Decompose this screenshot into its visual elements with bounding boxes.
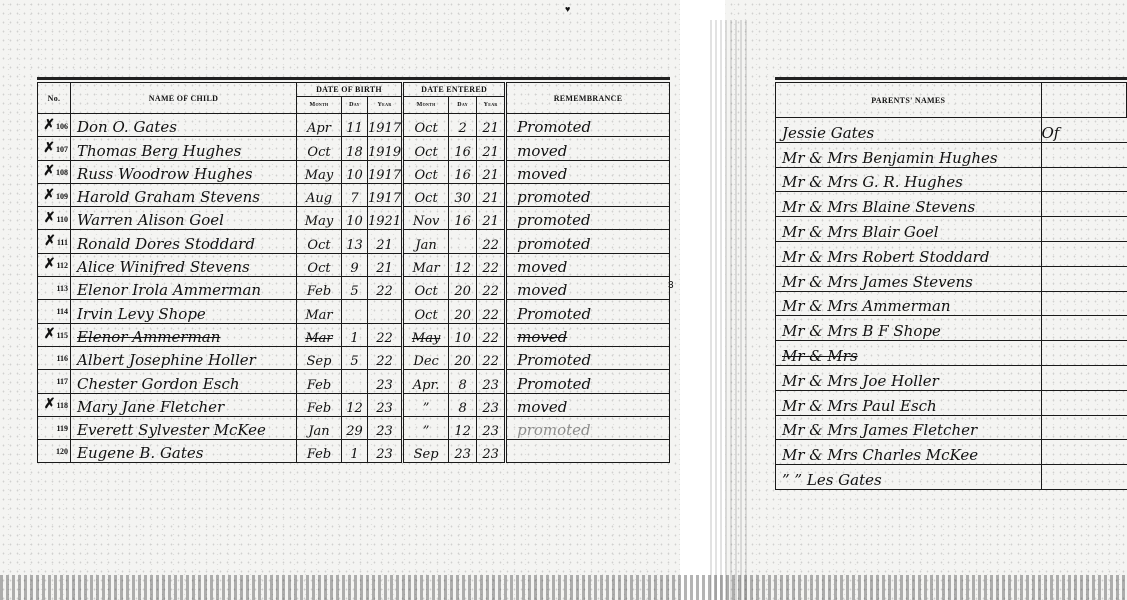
entered-month-text: Oct bbox=[415, 191, 438, 206]
table-row: Jessie GatesOf bbox=[776, 118, 1127, 143]
table-row: ✗112Alice Winifred StevensOct921Mar1222m… bbox=[38, 253, 670, 276]
birth-day-text: 9 bbox=[350, 261, 358, 276]
birth-day: 10 bbox=[342, 160, 368, 183]
row-number-text: 118 bbox=[56, 401, 68, 410]
entered-day: 23 bbox=[449, 440, 477, 463]
child-name-text: Everett Sylvester McKee bbox=[77, 421, 266, 439]
remembrance-text: moved bbox=[517, 281, 567, 299]
birth-month: Jan bbox=[297, 416, 342, 439]
header-date-of-birth: DATE OF BIRTH bbox=[297, 83, 403, 97]
table-row: 120Eugene B. GatesFeb123Sep2323 bbox=[38, 440, 670, 463]
table-row: ” ” Les Gates bbox=[776, 465, 1127, 490]
parents-name: Mr & Mrs Blair Goel bbox=[776, 217, 1042, 242]
table-row: 116Albert Josephine HollerSep522Dec2022P… bbox=[38, 346, 670, 369]
remembrance-text: promoted bbox=[517, 211, 591, 229]
parents-name-text: Mr & Mrs Blair Goel bbox=[782, 223, 939, 241]
entered-day: 20 bbox=[449, 346, 477, 369]
cross-mark-icon: ✗ bbox=[43, 118, 55, 133]
entered-year-text: 21 bbox=[482, 145, 499, 160]
birth-day-text: 12 bbox=[346, 401, 363, 416]
birth-day-text: 10 bbox=[346, 168, 363, 183]
remembrance-text: Promoted bbox=[517, 118, 591, 136]
left-page-register: No. NAME OF CHILD DATE OF BIRTH DATE ENT… bbox=[37, 77, 670, 463]
parents-name-text: Mr & Mrs bbox=[782, 347, 858, 365]
birth-year-text: 1919 bbox=[368, 145, 401, 160]
table-row: ✗108Russ Woodrow HughesMay101917Oct1621m… bbox=[38, 160, 670, 183]
header-parents-names: PARENTS' NAMES bbox=[776, 83, 1042, 118]
birth-month: Sep bbox=[297, 346, 342, 369]
row-number: ✗109 bbox=[38, 183, 71, 206]
entered-year: 23 bbox=[477, 416, 506, 439]
entered-month: ” bbox=[403, 393, 449, 416]
child-name: Elenor Ammerman bbox=[71, 323, 297, 346]
row-number-text: 107 bbox=[56, 145, 68, 154]
child-name-text: Albert Josephine Holler bbox=[77, 351, 256, 369]
extra-column-cell bbox=[1041, 341, 1127, 366]
birth-year: 22 bbox=[368, 346, 403, 369]
entered-month-text: Oct bbox=[415, 284, 438, 299]
birth-day: 29 bbox=[342, 416, 368, 439]
birth-month: Mar bbox=[297, 300, 342, 323]
extra-column-cell bbox=[1041, 365, 1127, 390]
row-number-text: 115 bbox=[56, 331, 68, 340]
birth-day-text: 11 bbox=[346, 121, 363, 136]
entered-day-text: 16 bbox=[454, 214, 471, 229]
entered-month-text: May bbox=[412, 331, 440, 346]
row-number-text: 116 bbox=[56, 354, 68, 363]
entered-day-text: 16 bbox=[454, 145, 471, 160]
entered-year: 21 bbox=[477, 160, 506, 183]
entered-year-text: 22 bbox=[482, 354, 499, 369]
entered-year-text: 22 bbox=[482, 238, 499, 253]
remembrance: Promoted bbox=[506, 114, 670, 137]
extra-column-cell bbox=[1041, 217, 1127, 242]
birth-day bbox=[342, 300, 368, 323]
parents-name: Mr & Mrs Joe Holler bbox=[776, 365, 1042, 390]
table-row: Mr & Mrs Blaine Stevens bbox=[776, 192, 1127, 217]
entered-day-text: 20 bbox=[454, 284, 471, 299]
table-row: ✗109Harold Graham StevensAug71917Oct3021… bbox=[38, 183, 670, 206]
entered-year-text: 21 bbox=[482, 121, 499, 136]
row-number: ✗111 bbox=[38, 230, 71, 253]
header-extra-column bbox=[1041, 83, 1127, 118]
parents-name: Mr & Mrs Benjamin Hughes bbox=[776, 142, 1042, 167]
entered-month: Mar bbox=[403, 253, 449, 276]
remembrance-text: moved bbox=[517, 328, 567, 346]
parents-name: Mr & Mrs B F Shope bbox=[776, 316, 1042, 341]
entered-year: 23 bbox=[477, 370, 506, 393]
heart-icon: ♥ bbox=[565, 4, 570, 14]
birth-month: Feb bbox=[297, 440, 342, 463]
page-bottom-edge bbox=[0, 575, 1127, 600]
birth-month-text: Feb bbox=[307, 447, 331, 462]
table-row: ✗111Ronald Dores StoddardOct1321Jan22pro… bbox=[38, 230, 670, 253]
birth-year-text: 23 bbox=[376, 447, 393, 462]
cross-mark-icon: ✗ bbox=[44, 397, 56, 412]
child-name: Irvin Levy Shope bbox=[71, 300, 297, 323]
birth-month: Feb bbox=[297, 370, 342, 393]
extra-column-cell bbox=[1041, 142, 1127, 167]
parents-names-table: PARENTS' NAMES Jessie GatesOfMr & Mrs Be… bbox=[775, 82, 1127, 490]
header-birth-month: Month bbox=[297, 97, 342, 114]
entered-day: 20 bbox=[449, 300, 477, 323]
table-row: Mr & Mrs bbox=[776, 341, 1127, 366]
birth-day-text: 7 bbox=[350, 191, 358, 206]
birth-month-text: Feb bbox=[307, 378, 331, 393]
parents-name: Mr & Mrs bbox=[776, 341, 1042, 366]
birth-day: 5 bbox=[342, 346, 368, 369]
birth-month: May bbox=[297, 160, 342, 183]
child-name-text: Russ Woodrow Hughes bbox=[77, 165, 253, 183]
row-number: ✗112 bbox=[38, 253, 71, 276]
table-row: ✗118Mary Jane FletcherFeb1223”823moved bbox=[38, 393, 670, 416]
parents-name: Mr & Mrs James Stevens bbox=[776, 266, 1042, 291]
entered-month-text: Oct bbox=[415, 168, 438, 183]
entered-year-text: 21 bbox=[482, 168, 499, 183]
entered-day: 12 bbox=[449, 253, 477, 276]
birth-year-text: 1917 bbox=[368, 191, 401, 206]
child-name: Russ Woodrow Hughes bbox=[71, 160, 297, 183]
birth-day: 7 bbox=[342, 183, 368, 206]
entered-year-text: 23 bbox=[482, 424, 499, 439]
row-number: ✗115 bbox=[38, 323, 71, 346]
entered-day: 16 bbox=[449, 160, 477, 183]
entered-year-text: 21 bbox=[482, 191, 499, 206]
table-row: Mr & Mrs Joe Holler bbox=[776, 365, 1127, 390]
birth-day: 11 bbox=[342, 114, 368, 137]
birth-month: Apr bbox=[297, 114, 342, 137]
entered-month: Dec bbox=[403, 346, 449, 369]
entered-month-text: Oct bbox=[415, 308, 438, 323]
child-name-text: Harold Graham Stevens bbox=[77, 188, 260, 206]
row-number-text: 111 bbox=[57, 238, 68, 247]
entered-month-text: Sep bbox=[414, 447, 439, 462]
remembrance: Promoted bbox=[506, 346, 670, 369]
remembrance: promoted bbox=[506, 230, 670, 253]
birth-year: 22 bbox=[368, 323, 403, 346]
child-name: Warren Alison Goel bbox=[71, 207, 297, 230]
birth-year bbox=[368, 300, 403, 323]
parents-name-text: Mr & Mrs G. R. Hughes bbox=[782, 173, 963, 191]
row-number-text: 120 bbox=[56, 447, 68, 456]
entered-month: Oct bbox=[403, 114, 449, 137]
row-number-text: 110 bbox=[56, 215, 68, 224]
extra-column-cell bbox=[1041, 390, 1127, 415]
parents-name: ” ” Les Gates bbox=[776, 465, 1042, 490]
birth-year-text: 21 bbox=[376, 238, 393, 253]
birth-day: 1 bbox=[342, 440, 368, 463]
birth-year-text: 23 bbox=[376, 424, 393, 439]
header-remembrance: REMEMBRANCE bbox=[506, 83, 670, 114]
row-number: ✗106 bbox=[38, 114, 71, 137]
birth-day-text: 18 bbox=[346, 145, 363, 160]
birth-month: May bbox=[297, 207, 342, 230]
gutter-shadow bbox=[710, 20, 750, 600]
birth-month: Feb bbox=[297, 277, 342, 300]
entered-month: Oct bbox=[403, 300, 449, 323]
birth-year-text: 22 bbox=[376, 331, 393, 346]
child-name: Thomas Berg Hughes bbox=[71, 137, 297, 160]
extra-column-cell bbox=[1041, 465, 1127, 490]
entered-year-text: 23 bbox=[482, 447, 499, 462]
table-row: Mr & Mrs Ammerman bbox=[776, 291, 1127, 316]
birth-year-text: 1917 bbox=[368, 121, 401, 136]
child-name: Harold Graham Stevens bbox=[71, 183, 297, 206]
birth-month-text: Mar bbox=[305, 331, 332, 346]
child-name-text: Eugene B. Gates bbox=[77, 444, 203, 462]
child-name-text: Alice Winifred Stevens bbox=[77, 258, 250, 276]
row-number-text: 114 bbox=[56, 307, 68, 316]
remembrance-text: promoted bbox=[517, 421, 591, 439]
entered-month: ” bbox=[403, 416, 449, 439]
entered-year: 22 bbox=[477, 230, 506, 253]
entered-day bbox=[449, 230, 477, 253]
remembrance-text: Promoted bbox=[517, 375, 591, 393]
birth-year-text: 22 bbox=[376, 354, 393, 369]
birth-year: 1917 bbox=[368, 114, 403, 137]
birth-day: 5 bbox=[342, 277, 368, 300]
birth-year: 1917 bbox=[368, 183, 403, 206]
remembrance: moved bbox=[506, 160, 670, 183]
entered-year: 21 bbox=[477, 114, 506, 137]
entered-month: Oct bbox=[403, 183, 449, 206]
birth-day: 10 bbox=[342, 207, 368, 230]
birth-month: Oct bbox=[297, 137, 342, 160]
row-number-text: 113 bbox=[56, 284, 68, 293]
birth-month-text: May bbox=[305, 168, 333, 183]
birth-day: 12 bbox=[342, 393, 368, 416]
parents-name: Mr & Mrs Charles McKee bbox=[776, 440, 1042, 465]
entered-month-text: Apr. bbox=[413, 378, 440, 393]
entered-month-text: ” bbox=[423, 401, 430, 416]
remembrance: promoted bbox=[506, 183, 670, 206]
child-name-text: Mary Jane Fletcher bbox=[77, 398, 224, 416]
birth-year: 23 bbox=[368, 440, 403, 463]
table-row: 113Elenor Irola AmmermanFeb522Oct2022mov… bbox=[38, 277, 670, 300]
parents-name-text: Mr & Mrs James Fletcher bbox=[782, 421, 977, 439]
parents-name: Mr & Mrs James Fletcher bbox=[776, 415, 1042, 440]
birth-month: Feb bbox=[297, 393, 342, 416]
entered-year: 23 bbox=[477, 440, 506, 463]
entered-month-text: Jan bbox=[415, 238, 436, 253]
entered-month-text: Oct bbox=[415, 121, 438, 136]
remembrance: promoted bbox=[506, 416, 670, 439]
entered-day: 16 bbox=[449, 207, 477, 230]
child-name-text: Irvin Levy Shope bbox=[77, 305, 206, 323]
row-number-text: 119 bbox=[56, 424, 68, 433]
remembrance-text: promoted bbox=[517, 235, 591, 253]
birth-month: Oct bbox=[297, 253, 342, 276]
birth-month: Aug bbox=[297, 183, 342, 206]
table-row: Mr & Mrs Benjamin Hughes bbox=[776, 142, 1127, 167]
entered-day-text: 8 bbox=[458, 378, 466, 393]
extra-column-cell bbox=[1041, 316, 1127, 341]
extra-column-cell: Of bbox=[1041, 118, 1127, 143]
cross-mark-icon: ✗ bbox=[43, 164, 55, 179]
cross-mark-icon: ✗ bbox=[44, 327, 56, 342]
birth-month-text: Oct bbox=[307, 145, 330, 160]
birth-day-text: 5 bbox=[350, 284, 358, 299]
table-row: ✗107Thomas Berg HughesOct181919Oct1621mo… bbox=[38, 137, 670, 160]
remembrance-text: promoted bbox=[517, 188, 591, 206]
cross-mark-icon: ✗ bbox=[44, 211, 56, 226]
child-name-text: Ronald Dores Stoddard bbox=[77, 235, 255, 253]
remembrance: moved bbox=[506, 323, 670, 346]
birth-month-text: Sep bbox=[307, 354, 332, 369]
entered-year: 22 bbox=[477, 323, 506, 346]
entered-day-text: 20 bbox=[454, 308, 471, 323]
entered-day-text: 23 bbox=[454, 447, 471, 462]
table-row: ✗106Don O. GatesApr111917Oct221Promoted bbox=[38, 114, 670, 137]
remembrance-text: moved bbox=[517, 165, 567, 183]
entered-year: 22 bbox=[477, 253, 506, 276]
extra-column-cell bbox=[1041, 415, 1127, 440]
row-number-text: 108 bbox=[56, 168, 68, 177]
entered-month: Nov bbox=[403, 207, 449, 230]
header-entered-day: Day bbox=[449, 97, 477, 114]
birth-day bbox=[342, 370, 368, 393]
birth-month-text: Mar bbox=[305, 308, 332, 323]
birth-month-text: May bbox=[305, 214, 333, 229]
entered-day: 8 bbox=[449, 370, 477, 393]
birth-month: Oct bbox=[297, 230, 342, 253]
entered-day: 16 bbox=[449, 137, 477, 160]
extra-column-cell bbox=[1041, 167, 1127, 192]
birth-day-text: 10 bbox=[346, 214, 363, 229]
entered-year: 23 bbox=[477, 393, 506, 416]
birth-year: 1919 bbox=[368, 137, 403, 160]
remembrance: moved bbox=[506, 137, 670, 160]
entered-year-text: 21 bbox=[482, 214, 499, 229]
parents-name-text: Mr & Mrs Benjamin Hughes bbox=[782, 149, 998, 167]
entered-month: Apr. bbox=[403, 370, 449, 393]
birth-month: Mar bbox=[297, 323, 342, 346]
parents-name-text: Jessie Gates bbox=[782, 124, 874, 142]
header-entered-year: Year bbox=[477, 97, 506, 114]
entered-day-text: 16 bbox=[454, 168, 471, 183]
birth-day-text: 1 bbox=[350, 331, 358, 346]
child-name-text: Elenor Irola Ammerman bbox=[77, 281, 261, 299]
parents-name-text: Mr & Mrs B F Shope bbox=[782, 322, 941, 340]
birth-year-text: 1921 bbox=[368, 214, 401, 229]
table-row: Mr & Mrs Charles McKee bbox=[776, 440, 1127, 465]
child-name-text: Don O. Gates bbox=[77, 118, 177, 136]
birth-month-text: Jan bbox=[308, 424, 329, 439]
child-name: Don O. Gates bbox=[71, 114, 297, 137]
row-number: 117 bbox=[38, 370, 71, 393]
entered-year-text: 22 bbox=[482, 261, 499, 276]
row-number: ✗107 bbox=[38, 137, 71, 160]
cross-mark-icon: ✗ bbox=[43, 188, 55, 203]
table-row: 114Irvin Levy ShopeMarOct2022Promoted bbox=[38, 300, 670, 323]
row-number-text: 109 bbox=[56, 192, 68, 201]
remembrance: Promoted bbox=[506, 300, 670, 323]
birth-day: 1 bbox=[342, 323, 368, 346]
row-number-text: 117 bbox=[56, 377, 68, 386]
entered-year: 22 bbox=[477, 277, 506, 300]
entered-month: May bbox=[403, 323, 449, 346]
cross-mark-icon: ✗ bbox=[44, 257, 56, 272]
child-name: Elenor Irola Ammerman bbox=[71, 277, 297, 300]
child-name: Everett Sylvester McKee bbox=[71, 416, 297, 439]
remembrance: Promoted bbox=[506, 370, 670, 393]
parents-name-text: Mr & Mrs Ammerman bbox=[782, 297, 951, 315]
table-row: Mr & Mrs James Stevens bbox=[776, 266, 1127, 291]
birth-month-text: Aug bbox=[306, 191, 332, 206]
birth-year-text: 1917 bbox=[368, 168, 401, 183]
remembrance-text: moved bbox=[517, 142, 567, 160]
header-birth-day: Day bbox=[342, 97, 368, 114]
child-name: Chester Gordon Esch bbox=[71, 370, 297, 393]
child-name-text: Thomas Berg Hughes bbox=[77, 142, 241, 160]
birth-day-text: 1 bbox=[350, 447, 358, 462]
row-number: 119 bbox=[38, 416, 71, 439]
parents-name: Mr & Mrs Robert Stoddard bbox=[776, 241, 1042, 266]
extra-column-cell bbox=[1041, 241, 1127, 266]
table-row: 117Chester Gordon EschFeb23Apr.823Promot… bbox=[38, 370, 670, 393]
extra-column-cell bbox=[1041, 291, 1127, 316]
table-row: ✗115Elenor AmmermanMar122May1022moved bbox=[38, 323, 670, 346]
entered-month: Oct bbox=[403, 277, 449, 300]
entered-year-text: 22 bbox=[482, 284, 499, 299]
entered-month: Sep bbox=[403, 440, 449, 463]
top-rule bbox=[775, 77, 1127, 80]
remembrance-text: Promoted bbox=[517, 305, 591, 323]
remembrance: moved bbox=[506, 393, 670, 416]
row-number: ✗118 bbox=[38, 393, 71, 416]
birth-year: 1917 bbox=[368, 160, 403, 183]
header-no: No. bbox=[38, 83, 71, 114]
entered-day: 12 bbox=[449, 416, 477, 439]
extra-column-cell bbox=[1041, 266, 1127, 291]
entered-month-text: Dec bbox=[413, 354, 438, 369]
birth-year-text: 23 bbox=[376, 401, 393, 416]
entered-month: Oct bbox=[403, 137, 449, 160]
child-name: Eugene B. Gates bbox=[71, 440, 297, 463]
birth-day-text: 13 bbox=[346, 238, 363, 253]
entered-year: 21 bbox=[477, 207, 506, 230]
entered-year-text: 22 bbox=[482, 308, 499, 323]
remembrance-text: moved bbox=[517, 258, 567, 276]
birth-year: 21 bbox=[368, 253, 403, 276]
remembrance-text: Promoted bbox=[517, 351, 591, 369]
entered-day-text: 30 bbox=[454, 191, 471, 206]
birth-month-text: Feb bbox=[307, 401, 331, 416]
parents-name: Mr & Mrs Paul Esch bbox=[776, 390, 1042, 415]
entered-month-text: Nov bbox=[413, 214, 440, 229]
header-date-entered: DATE ENTERED bbox=[403, 83, 506, 97]
table-row: Mr & Mrs Blair Goel bbox=[776, 217, 1127, 242]
entered-day: 30 bbox=[449, 183, 477, 206]
entered-month-text: Oct bbox=[415, 145, 438, 160]
birth-day: 18 bbox=[342, 137, 368, 160]
table-row: ✗110Warren Alison GoelMay101921Nov1621pr… bbox=[38, 207, 670, 230]
birth-year: 22 bbox=[368, 277, 403, 300]
parents-name-text: Mr & Mrs James Stevens bbox=[782, 273, 973, 291]
entered-month-text: ” bbox=[423, 424, 430, 439]
entered-month: Jan bbox=[403, 230, 449, 253]
table-row: Mr & Mrs Robert Stoddard bbox=[776, 241, 1127, 266]
table-row: Mr & Mrs Paul Esch bbox=[776, 390, 1127, 415]
extra-column-cell bbox=[1041, 440, 1127, 465]
remembrance: moved bbox=[506, 253, 670, 276]
entered-day: 8 bbox=[449, 393, 477, 416]
entered-day-text: 20 bbox=[454, 354, 471, 369]
birth-month-text: Apr bbox=[307, 121, 331, 136]
birth-month-text: Feb bbox=[307, 284, 331, 299]
birth-day: 13 bbox=[342, 230, 368, 253]
entered-month-text: Mar bbox=[412, 261, 439, 276]
